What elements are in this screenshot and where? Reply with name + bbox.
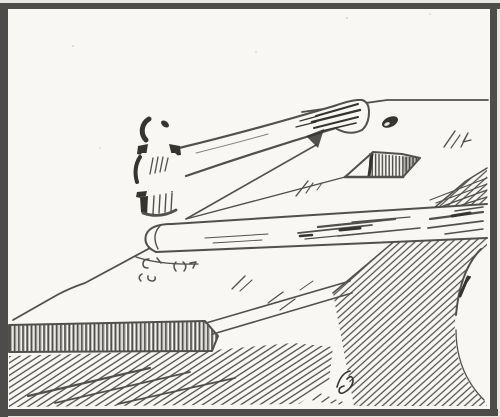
illustration-canvas bbox=[0, 0, 500, 417]
plank-end-grain bbox=[9, 321, 218, 352]
hammer-peen-ball bbox=[142, 118, 171, 145]
illustration-frame bbox=[0, 0, 500, 417]
